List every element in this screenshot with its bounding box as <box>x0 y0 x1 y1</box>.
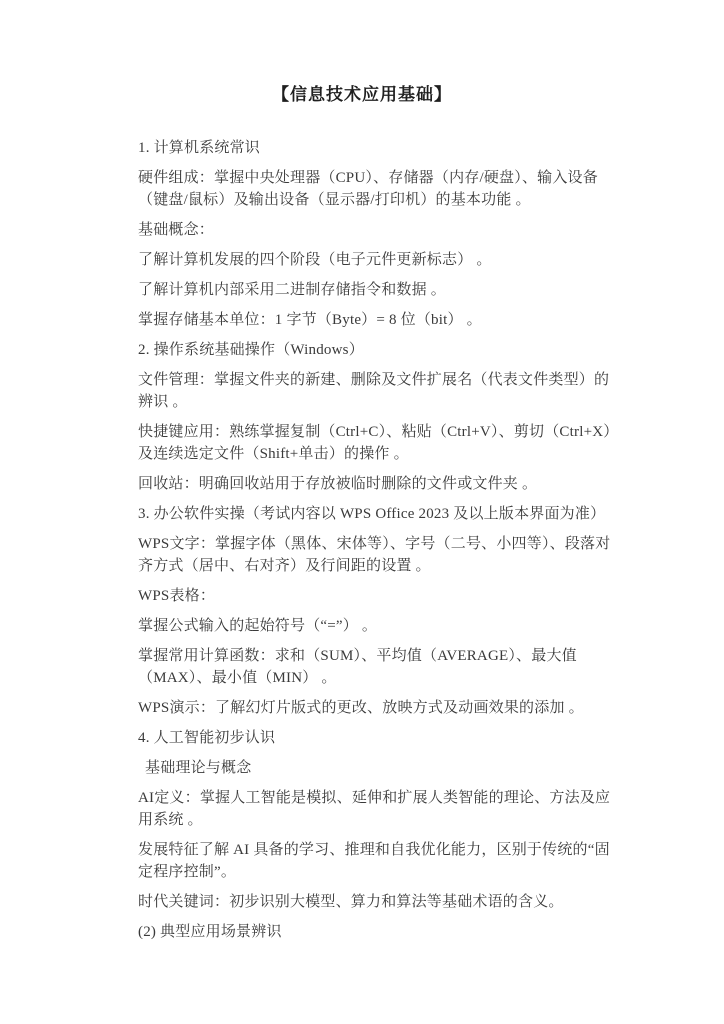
paragraph-typical-scenarios: (2) 典型应用场景辨识 <box>138 921 618 943</box>
document-title: 【信息技术应用基础】 <box>0 82 724 108</box>
paragraph-recycle-bin: 回收站：明确回收站用于存放被临时删除的文件或文件夹 。 <box>138 473 618 495</box>
paragraph-shortcut-keys: 快捷键应用：熟练掌握复制（Ctrl+C）、粘贴（Ctrl+V）、剪切（Ctrl+… <box>138 421 618 465</box>
document-body: 1. 计算机系统常识 硬件组成：掌握中央处理器（CPU）、存储器（内存/硬盘）、… <box>0 137 724 943</box>
section-heading-os-operations: 2. 操作系统基础操作（Windows） <box>138 339 618 361</box>
paragraph-binary-storage: 了解计算机内部采用二进制存储指令和数据 。 <box>138 279 618 301</box>
paragraph-development-stages: 了解计算机发展的四个阶段（电子元件更新标志） 。 <box>138 249 618 271</box>
paragraph-file-management: 文件管理：掌握文件夹的新建、删除及文件扩展名（代表文件类型）的辨识 。 <box>138 369 618 413</box>
paragraph-wps-writer: WPS文字：掌握字体（黑体、宋体等）、字号（二号、小四等）、段落对齐方式（居中、… <box>138 533 618 577</box>
section-heading-ai-intro: 4. 人工智能初步认识 <box>138 727 618 749</box>
paragraph-wps-spreadsheet-label: WPS表格： <box>138 585 618 607</box>
paragraph-theory-concepts-label: 基础理论与概念 <box>138 757 618 779</box>
paragraph-wps-presentation: WPS演示：了解幻灯片版式的更改、放映方式及动画效果的添加 。 <box>138 697 618 719</box>
paragraph-ai-features: 发展特征了解 AI 具备的学习、推理和自我优化能力，区别于传统的“固定程序控制”… <box>138 839 618 883</box>
section-heading-office-software: 3. 办公软件实操（考试内容以 WPS Office 2023 及以上版本界面为… <box>138 503 618 525</box>
paragraph-formula-start-symbol: 掌握公式输入的起始符号（“=”） 。 <box>138 615 618 637</box>
paragraph-basic-concepts-label: 基础概念： <box>138 219 618 241</box>
paragraph-hardware-components: 硬件组成：掌握中央处理器（CPU）、存储器（内存/硬盘）、输入设备（键盘/鼠标）… <box>138 167 618 211</box>
section-heading-computer-systems: 1. 计算机系统常识 <box>138 137 618 159</box>
paragraph-storage-unit: 掌握存储基本单位：1 字节（Byte）= 8 位（bit） 。 <box>138 309 618 331</box>
paragraph-ai-definition: AI定义：掌握人工智能是模拟、延伸和扩展人类智能的理论、方法及应用系统 。 <box>138 787 618 831</box>
paragraph-ai-keywords: 时代关键词：初步识别大模型、算力和算法等基础术语的含义。 <box>138 891 618 913</box>
document-page: 【信息技术应用基础】 1. 计算机系统常识 硬件组成：掌握中央处理器（CPU）、… <box>0 0 724 1024</box>
paragraph-common-functions: 掌握常用计算函数：求和（SUM）、平均值（AVERAGE）、最大值（MAX）、最… <box>138 645 618 689</box>
